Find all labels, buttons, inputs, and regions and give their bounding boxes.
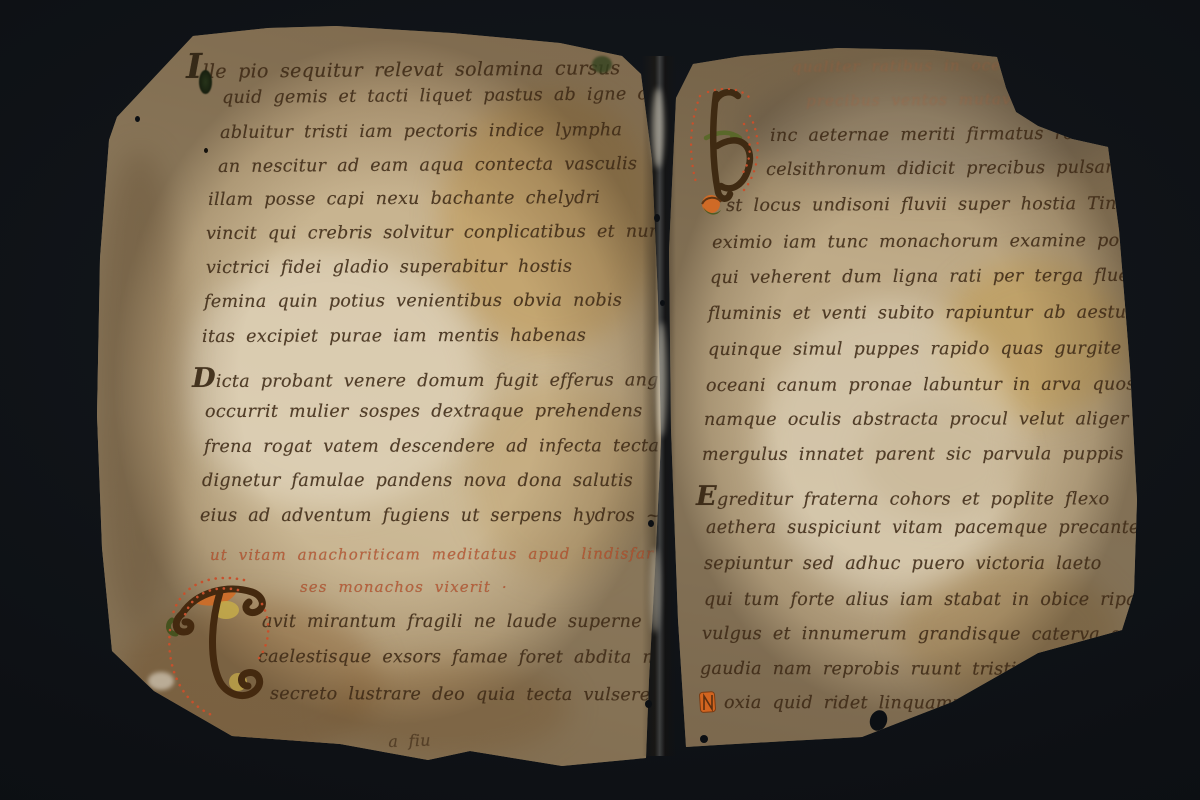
- verse-line: Egreditur fraterna cohors et poplite fle…: [696, 479, 1110, 514]
- verse-line: Ille pio sequitur relevat solamina cursu…: [186, 42, 621, 89]
- manuscript-photo: Ille pio sequitur relevat solamina cursu…: [0, 0, 1200, 800]
- wormhole: [654, 214, 660, 222]
- wormhole: [135, 116, 140, 122]
- verse-line: qui tum forte alius iam stabat in obice …: [704, 590, 1148, 612]
- verse-line: aethera suspiciunt vitam pacemque precan…: [706, 518, 1149, 540]
- verse-line: eius ad adventum fugiens ut serpens hydr…: [200, 506, 661, 528]
- verse-line: frena rogat vatem descendere ad infecta …: [204, 436, 659, 459]
- verse-line: quinque simul puppes rapido quas gurgite…: [708, 338, 1194, 362]
- stain: [95, 150, 185, 630]
- rubric-line: ut vitam anachoriticam meditatus apud li…: [210, 544, 686, 564]
- verse-line: inc aeternae meriti firmatus robore cord…: [770, 123, 1183, 148]
- verse-line: itas excipiet purae iam mentis habenas: [202, 326, 586, 349]
- verse-line: an nescitur ad eam aqua contecta vasculi…: [218, 154, 637, 179]
- verse-line: a fiu: [388, 731, 431, 752]
- verse-line: celsithronum didicit precibus pulsare to…: [766, 157, 1200, 182]
- stain: [330, 660, 570, 755]
- wormhole: [660, 300, 665, 306]
- verse-line: namque oculis abstracta procul velut ali…: [704, 409, 1190, 432]
- wormhole: [700, 735, 708, 743]
- rubric-line: ses monachos vixerit ·: [300, 578, 508, 597]
- wormhole: [204, 148, 208, 153]
- repair-patch: [148, 672, 174, 690]
- verse-line: sepiuntur sed adhuc puero victoria laeto: [704, 554, 1102, 576]
- verse-line: fluminis et venti subito rapiuntur ab ae…: [708, 303, 1126, 326]
- verse-line: mergulus innatet parent sic parvula pupp…: [702, 444, 1124, 467]
- verse-line: oxia quid ridet linquamur gaudia vana: [724, 693, 1100, 716]
- verse-line: illam posse capi nexu bachante chelydri: [208, 188, 600, 212]
- verse-line: Dicta probant venere domum fugit efferus…: [192, 360, 685, 396]
- verse-line: occurrit mulier sospes dextraque prehend…: [205, 401, 643, 424]
- rubric-line: precibus ventos mutaverit deo iuvante: [806, 89, 1160, 111]
- verse-line: st locus undisoni fluvii super hostia Ti…: [726, 194, 1138, 218]
- rubric-line: qualiter ratibus in oceanum raptis: [792, 55, 1110, 77]
- verse-line: vulgus et innumerum grandisque caterva s…: [702, 624, 1196, 647]
- verse-line: caelestisque exsors famae foret abdita m…: [258, 647, 705, 670]
- verse-line: dignetur famulae pandens nova dona salut…: [202, 471, 633, 493]
- verse-line: oceani canum pronae labuntur in arva quo…: [706, 375, 1136, 398]
- verse-line: quid gemis et tacti liquet pastus ab ign…: [222, 84, 699, 110]
- verse-line: avit mirantum fragili ne laude superne: [262, 612, 642, 634]
- verse-line: femina quin potius venientibus obvia nob…: [204, 291, 622, 314]
- verse-line: qui veherent dum ligna rati per terga fl…: [710, 266, 1154, 290]
- verse-line: eximio iam tunc monachorum examine polle…: [712, 231, 1163, 255]
- verse-line: secreto lustrare deo quia tecta vulsere …: [270, 684, 676, 707]
- verse-line: victrici fidei gladio superabitur hostis: [206, 257, 572, 280]
- repair-patch: [652, 88, 664, 168]
- verse-line: gaudia nam reprobis ruunt tristia fata p…: [700, 659, 1117, 682]
- verse-line: abluitur tristi iam pectoris indice lymp…: [220, 120, 622, 145]
- verse-line: vincit qui crebris solvitur conplicatibu…: [206, 222, 671, 246]
